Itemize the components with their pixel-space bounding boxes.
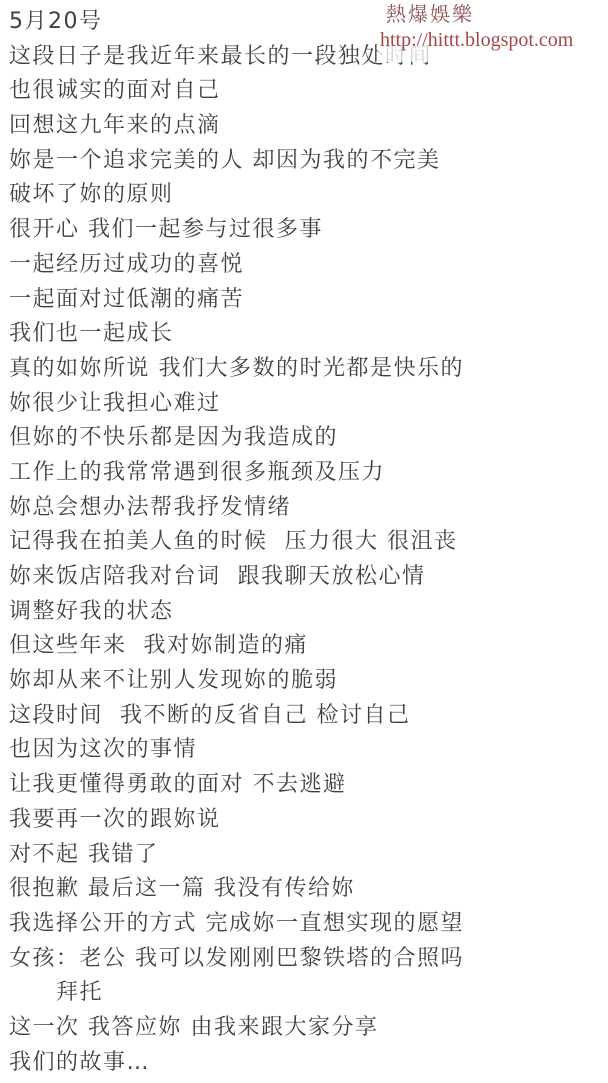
text-line: 记得我在拍美人鱼的时候 压力很大 很沮丧 xyxy=(9,525,464,560)
text-line: 工作上的我常常遇到很多瓶颈及压力 xyxy=(9,456,464,491)
text-line: 对不起 我错了 xyxy=(9,838,464,873)
text-line: 妳很少让我担心难过 xyxy=(9,387,464,422)
text-line: 这段时间 我不断的反省自己 检讨自己 xyxy=(9,699,464,734)
text-line: 一起面对过低潮的痛苦 xyxy=(9,283,464,318)
text-line: 很抱歉 最后这一篇 我没有传给妳 xyxy=(9,872,464,907)
text-line: 很开心 我们一起参与过很多事 xyxy=(9,213,464,248)
text-line: 妳是一个追求完美的人 却因为我的不完美 xyxy=(9,144,464,179)
text-line: 也因为这次的事情 xyxy=(9,733,464,768)
watermark-site-url: http://hittt.blogspot.com xyxy=(380,28,608,52)
text-line: 真的如妳所说 我们大多数的时光都是快乐的 xyxy=(9,352,464,387)
watermark-site-name: 熱爆娛樂 xyxy=(386,3,608,27)
text-line: 我们也一起成长 xyxy=(9,317,464,352)
watermark: 熱爆娛樂 http://hittt.blogspot.com xyxy=(378,0,608,62)
text-line: 妳总会想办法帮我抒发情绪 xyxy=(9,491,464,526)
letter-lines: 这段日子是我近年来最长的一段独处时间也很诚实的面对自己回想这九年来的点滴妳是一个… xyxy=(9,40,464,1081)
text-line: 女孩：老公 我可以发刚刚巴黎铁塔的合照吗 xyxy=(9,942,464,977)
letter-page: 5月20号 这段日子是我近年来最长的一段独处时间也很诚实的面对自己回想这九年来的… xyxy=(0,0,608,1083)
text-line: 我选择公开的方式 完成妳一直想实现的愿望 xyxy=(9,907,464,942)
text-line: 回想这九年来的点滴 xyxy=(9,109,464,144)
text-line: 我要再一次的跟妳说 xyxy=(9,803,464,838)
text-line: 调整好我的状态 xyxy=(9,595,464,630)
letter-content: 5月20号 这段日子是我近年来最长的一段独处时间也很诚实的面对自己回想这九年来的… xyxy=(9,5,464,1080)
text-line: 也很诚实的面对自己 xyxy=(9,74,464,109)
text-line: 我们的故事… xyxy=(9,1046,464,1081)
text-line: 妳来饭店陪我对台词 跟我聊天放松心情 xyxy=(9,560,464,595)
text-line: 但这些年来 我对妳制造的痛 xyxy=(9,629,464,664)
text-line: 一起经历过成功的喜悦 xyxy=(9,248,464,283)
text-line: 破坏了妳的原则 xyxy=(9,178,464,213)
text-line: 妳却从来不让别人发现妳的脆弱 xyxy=(9,664,464,699)
text-line: 拜托 xyxy=(9,976,464,1011)
text-line: 这一次 我答应妳 由我来跟大家分享 xyxy=(9,1011,464,1046)
text-line: 让我更懂得勇敢的面对 不去逃避 xyxy=(9,768,464,803)
text-line: 但妳的不快乐都是因为我造成的 xyxy=(9,421,464,456)
